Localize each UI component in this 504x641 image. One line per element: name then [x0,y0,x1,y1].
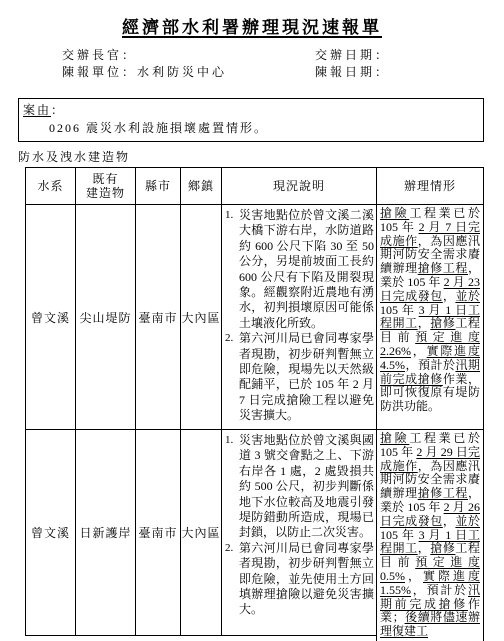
table-header-row: 水系 既有 建造物 縣市 鄉鎮 現況說明 辦理情形 [26,168,484,205]
table-row: 曾文溪日新護岸臺南市大內區1.災害地點位於曾文溪與國道 3 號交會點之上、下游右… [26,430,484,636]
col-header-county: 縣市 [136,168,181,205]
table-row: 曾文溪尖山堤防臺南市大內區1.災害地點位於曾文溪二溪大橋下游右岸，水防道路約 6… [26,205,484,430]
plain-text: ， [418,541,431,555]
cell-border-extension [376,636,377,641]
underlined-text: 搶險 [380,431,409,445]
col-header-handling: 辦理情形 [377,168,484,205]
plain-text: 105 年 [380,303,419,317]
plain-text: ， [418,316,431,330]
item-number: 1. [224,208,239,331]
underlined-text: 並於 [455,289,480,303]
plain-text: ， [411,344,427,358]
underlined-text: 並於 [455,514,480,528]
item-text: 災害地點位於曾文溪與國道 3 號交會點之上、下游右岸各 1 處，2 處毀損共約 … [239,433,374,541]
col-header-structure: 既有 建造物 [76,168,136,205]
status-item: 1.災害地點位於曾文溪二溪大橋下游右岸，水防道路約 600 公尺下陷 30 至 … [224,208,374,331]
header-fields-left: 交辦長官： 陳報單位：水利防災中心 [62,47,504,81]
header-fields: 交辦長官： 陳報單位：水利防災中心 交辦日期： 陳報日期： [62,47,504,81]
plain-text: ， [443,289,456,303]
item-text: 第六河川局已會同專家學者現勘，初步研判暫無立即危險，現場先以天然級配鋪平，已於 … [239,331,374,423]
cell-border-extension [483,636,484,641]
assign-date-line: 交辦日期： [315,47,390,64]
case-box: 案由： 0206 震災水利設施損壞處置情形。 [18,98,484,142]
assign-date-label: 交辦日期： [315,48,390,62]
case-label-line: 案由： [23,101,479,118]
plain-text: ， [405,569,423,583]
status-item: 1.災害地點位於曾文溪與國道 3 號交會點之上、下游右岸各 1 處，2 處毀損共… [224,433,374,541]
report-date-label: 陳報日期： [315,65,390,79]
report-table: 水系 既有 建造物 縣市 鄉鎮 現況說明 辦理情形 曾文溪尖山堤防臺南市大內區1… [25,167,484,636]
status-item: 2.第六河川局已會同專家學者現勘，初步研判暫無立即危險，現場先以天然級配鋪平，已… [224,331,374,423]
underlined-text: 搶修工程 [418,486,468,500]
col-header-township: 鄉鎮 [181,168,222,205]
assign-officer-label: 交辦長官： [62,48,137,62]
col-header-status: 現況說明 [222,168,377,205]
report-unit-line: 陳報單位：水利防災中心 [62,64,504,81]
status-item: 2.第六河川局已會同專家學者現勘，初步研判暫無立即危險，並先使用土方回填辦理搶險… [224,541,374,618]
case-colon: ： [51,103,65,117]
item-number: 1. [224,433,239,541]
cell-status: 1.災害地點位於曾文溪二溪大橋下游右岸，水防道路約 600 公尺下陷 30 至 … [222,205,377,430]
document-title-text: 經濟部水利署辦理現況速報單 [122,18,382,37]
cell-county: 臺南市 [136,205,181,430]
assign-officer-line: 交辦長官： [62,47,504,64]
section-title: 防水及洩水建造物 [18,148,504,165]
underlined-text: 搶修工程 [418,261,468,275]
case-label: 案由 [23,103,51,117]
report-unit-label: 陳報單位： [62,65,137,79]
underlined-text: 搶險 [380,206,409,220]
cell-structure: 日新護岸 [76,430,136,636]
report-unit-value: 水利防災中心 [137,65,227,79]
cell-water-system: 曾文溪 [26,430,76,636]
document-title: 經濟部水利署辦理現況速報單 [0,13,504,38]
cell-handling: 搶險工程業已於 105 年 2 月 7 日完成施作，為因應汛期河防安全需求賡續辦… [377,205,484,430]
report-date-line: 陳報日期： [315,64,390,81]
plain-text: 105 年 [380,528,419,542]
header-fields-right: 交辦日期： 陳報日期： [315,47,390,81]
report-table-body: 曾文溪尖山堤防臺南市大內區1.災害地點位於曾文溪二溪大橋下游右岸，水防道路約 6… [26,205,484,636]
item-number: 2. [224,541,239,618]
cell-county: 臺南市 [136,430,181,636]
plain-text: ，預計於 [405,358,455,372]
item-number: 2. [224,331,239,423]
case-description: 0206 震災水利設施損壞處置情形。 [23,119,479,136]
cell-handling: 搶險工程業已於 105 年 2 月 29 日完成施作，為因應汛期河防安全需求賡續… [377,430,484,636]
cell-township: 大內區 [181,430,222,636]
cell-status: 1.災害地點位於曾文溪與國道 3 號交會點之上、下游右岸各 1 處，2 處毀損共… [222,430,377,636]
cell-township: 大內區 [181,205,222,430]
plain-text: ，預計於 [411,583,468,597]
cell-water-system: 曾文溪 [26,205,76,430]
item-text: 第六河川局已會同專家學者現勘，初步研判暫無立即危險，並先使用土方回填辦理搶險以避… [239,541,374,618]
item-text: 災害地點位於曾文溪二溪大橋下游右岸，水防道路約 600 公尺下陷 30 至 50… [239,208,374,331]
handling-text: 搶險工程業已於 105 年 2 月 29 日完成施作，為因應汛期河防安全需求賡續… [380,432,480,639]
col-header-water-system: 水系 [26,168,76,205]
cell-structure: 尖山堤防 [76,205,136,430]
plain-text: ， [443,514,456,528]
document-page: 經濟部水利署辦理現況速報單 交辦長官： 陳報單位：水利防災中心 交辦日期： 陳報… [0,0,504,641]
underlined-text: 搶修 [430,541,455,555]
underlined-text: 搶修 [430,316,455,330]
